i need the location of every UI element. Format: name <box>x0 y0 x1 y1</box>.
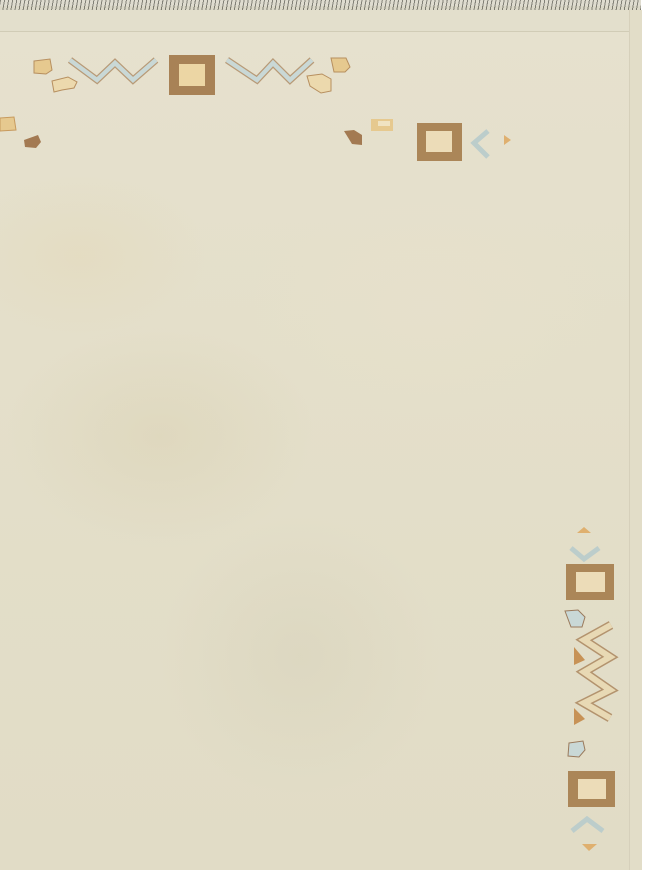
rug-motifs <box>0 0 650 870</box>
corner-motifs <box>0 117 511 161</box>
right-border-motifs <box>565 527 615 851</box>
top-border-motifs <box>34 55 350 95</box>
rug-photo <box>0 0 650 870</box>
